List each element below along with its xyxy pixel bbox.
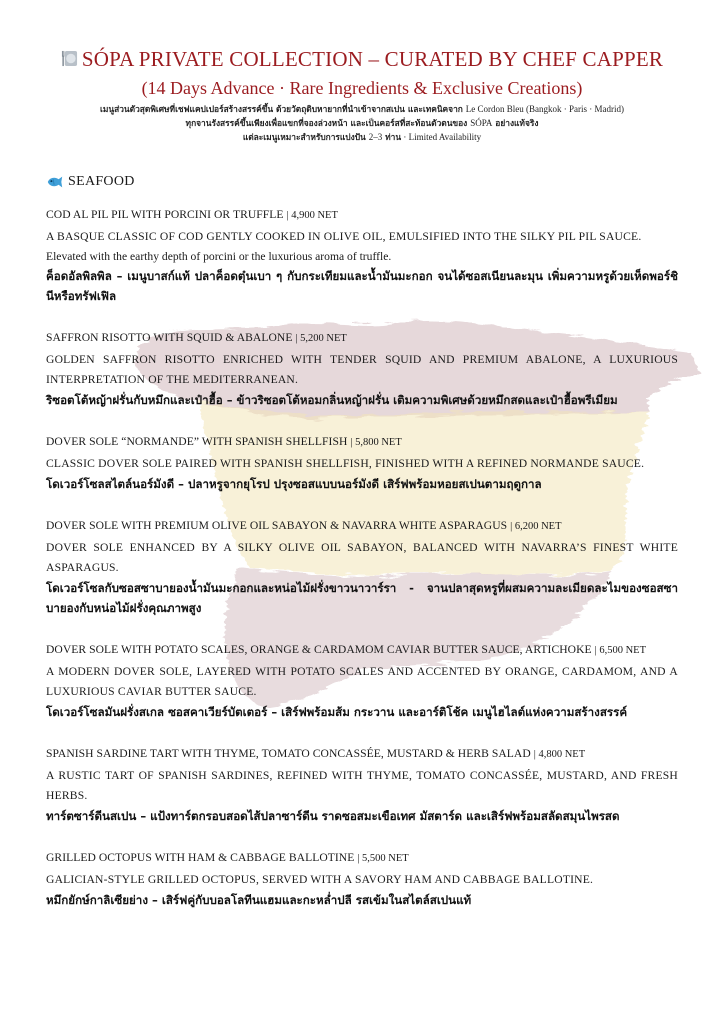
- menu-item-note: Elevated with the earthy depth of porcin…: [46, 247, 678, 266]
- dish-price: | 6,500 NET: [595, 645, 646, 656]
- menu-item-name: DOVER SOLE “NORMANDE” WITH SPANISH SHELL…: [46, 431, 678, 454]
- menu-item-thai-description: โดเวอร์โซลมันฝรั่งสเกล ซอสคาเวียร์บัตเตอ…: [46, 702, 678, 722]
- menu-item-description: A RUSTIC TART OF SPANISH SARDINES, REFIN…: [46, 766, 678, 806]
- menu-item-name: GRILLED OCTOPUS WITH HAM & CABBAGE BALLO…: [46, 847, 678, 870]
- fork-knife-plate-icon: [61, 50, 78, 67]
- dish-name: GRILLED OCTOPUS WITH HAM & CABBAGE BALLO…: [46, 851, 354, 864]
- menu-item-thai-description: โดเวอร์โซลกับซอสซาบายองน้ำมันมะกอกและหน่…: [46, 578, 678, 618]
- dish-name: DOVER SOLE “NORMANDE” WITH SPANISH SHELL…: [46, 435, 347, 448]
- menu-item-thai-description: หมึกยักษ์กาลิเซียย่าง – เสิร์ฟคู่กับบอลโ…: [46, 890, 678, 910]
- menu-item-description: GOLDEN SAFFRON RISOTTO ENRICHED WITH TEN…: [46, 350, 678, 390]
- section-title: SEAFOOD: [68, 174, 135, 190]
- fish-icon: [46, 175, 64, 189]
- menu-header: SÓPA PRIVATE COLLECTION – CURATED BY CHE…: [46, 0, 678, 144]
- menu-item-name: DOVER SOLE WITH POTATO SCALES, ORANGE & …: [46, 639, 678, 662]
- intro-line-3: แต่ละเมนูเหมาะสำหรับการแบ่งปัน 2–3 ท่าน …: [46, 130, 678, 144]
- dish-price: | 5,500 NET: [357, 853, 408, 864]
- menu-page: SÓPA PRIVATE COLLECTION – CURATED BY CHE…: [0, 0, 724, 910]
- dish-name: DOVER SOLE WITH POTATO SCALES, ORANGE & …: [46, 643, 592, 656]
- menu-list: COD AL PIL PIL WITH PORCINI OR TRUFFLE |…: [46, 204, 678, 910]
- dish-name: DOVER SOLE WITH PREMIUM OLIVE OIL SABAYO…: [46, 519, 507, 532]
- menu-item-name: DOVER SOLE WITH PREMIUM OLIVE OIL SABAYO…: [46, 515, 678, 538]
- menu-item-description: GALICIAN-STYLE GRILLED OCTOPUS, SERVED W…: [46, 870, 678, 890]
- menu-item: DOVER SOLE WITH PREMIUM OLIVE OIL SABAYO…: [46, 515, 678, 618]
- menu-item: SAFFRON RISOTTO WITH SQUID & ABALONE | 5…: [46, 327, 678, 410]
- intro-line-1: เมนูส่วนตัวสุดพิเศษที่เชฟแคปเปอร์สร้างสร…: [46, 102, 678, 116]
- menu-item: DOVER SOLE “NORMANDE” WITH SPANISH SHELL…: [46, 431, 678, 494]
- dish-price: | 4,900 NET: [287, 210, 338, 221]
- menu-item-thai-description: ริซอตโต้หญ้าฝรั่นกับหมึกและเป๋าฮื้อ – ข้…: [46, 390, 678, 410]
- menu-item-description: A MODERN DOVER SOLE, LAYERED WITH POTATO…: [46, 662, 678, 702]
- menu-item-thai-description: ค็อดอัลพิลพิล – เมนูบาสก์แท้ ปลาค็อดตุ๋น…: [46, 266, 678, 306]
- dish-name: COD AL PIL PIL WITH PORCINI OR TRUFFLE: [46, 208, 284, 221]
- menu-item-name: SPANISH SARDINE TART WITH THYME, TOMATO …: [46, 743, 678, 766]
- menu-item-description: A BASQUE CLASSIC OF COD GENTLY COOKED IN…: [46, 227, 678, 247]
- menu-item-description: DOVER SOLE ENHANCED BY A SILKY OLIVE OIL…: [46, 538, 678, 578]
- menu-item-thai-description: โดเวอร์โซลสไตล์นอร์มังดี – ปลาหรูจากยุโร…: [46, 474, 678, 494]
- menu-item: SPANISH SARDINE TART WITH THYME, TOMATO …: [46, 743, 678, 826]
- intro-line-2: ทุกจานรังสรรค์ขึ้นเพียงเพื่อแขกที่จองล่ว…: [46, 116, 678, 130]
- dish-price: | 5,800 NET: [350, 437, 401, 448]
- page-title: SÓPA PRIVATE COLLECTION – CURATED BY CHE…: [46, 46, 678, 72]
- dish-price: | 5,200 NET: [295, 333, 346, 344]
- menu-item: COD AL PIL PIL WITH PORCINI OR TRUFFLE |…: [46, 204, 678, 306]
- title-text: SÓPA PRIVATE COLLECTION – CURATED BY CHE…: [82, 47, 663, 71]
- dish-price: | 6,200 NET: [510, 521, 561, 532]
- menu-item-description: CLASSIC DOVER SOLE PAIRED WITH SPANISH S…: [46, 454, 678, 474]
- intro-text: เมนูส่วนตัวสุดพิเศษที่เชฟแคปเปอร์สร้างสร…: [46, 102, 678, 144]
- dish-name: SAFFRON RISOTTO WITH SQUID & ABALONE: [46, 331, 292, 344]
- menu-item-name: SAFFRON RISOTTO WITH SQUID & ABALONE | 5…: [46, 327, 678, 350]
- menu-item: DOVER SOLE WITH POTATO SCALES, ORANGE & …: [46, 639, 678, 722]
- dish-name: SPANISH SARDINE TART WITH THYME, TOMATO …: [46, 747, 531, 760]
- menu-item: GRILLED OCTOPUS WITH HAM & CABBAGE BALLO…: [46, 847, 678, 910]
- section-heading-seafood: SEAFOOD: [46, 172, 678, 192]
- menu-item-name: COD AL PIL PIL WITH PORCINI OR TRUFFLE |…: [46, 204, 678, 227]
- page-subtitle: (14 Days Advance · Rare Ingredients & Ex…: [46, 76, 678, 100]
- menu-item-thai-description: ทาร์ตซาร์ดีนสเปน – แป้งทาร์ตกรอบสอดไส้ปล…: [46, 806, 678, 826]
- dish-price: | 4,800 NET: [534, 749, 585, 760]
